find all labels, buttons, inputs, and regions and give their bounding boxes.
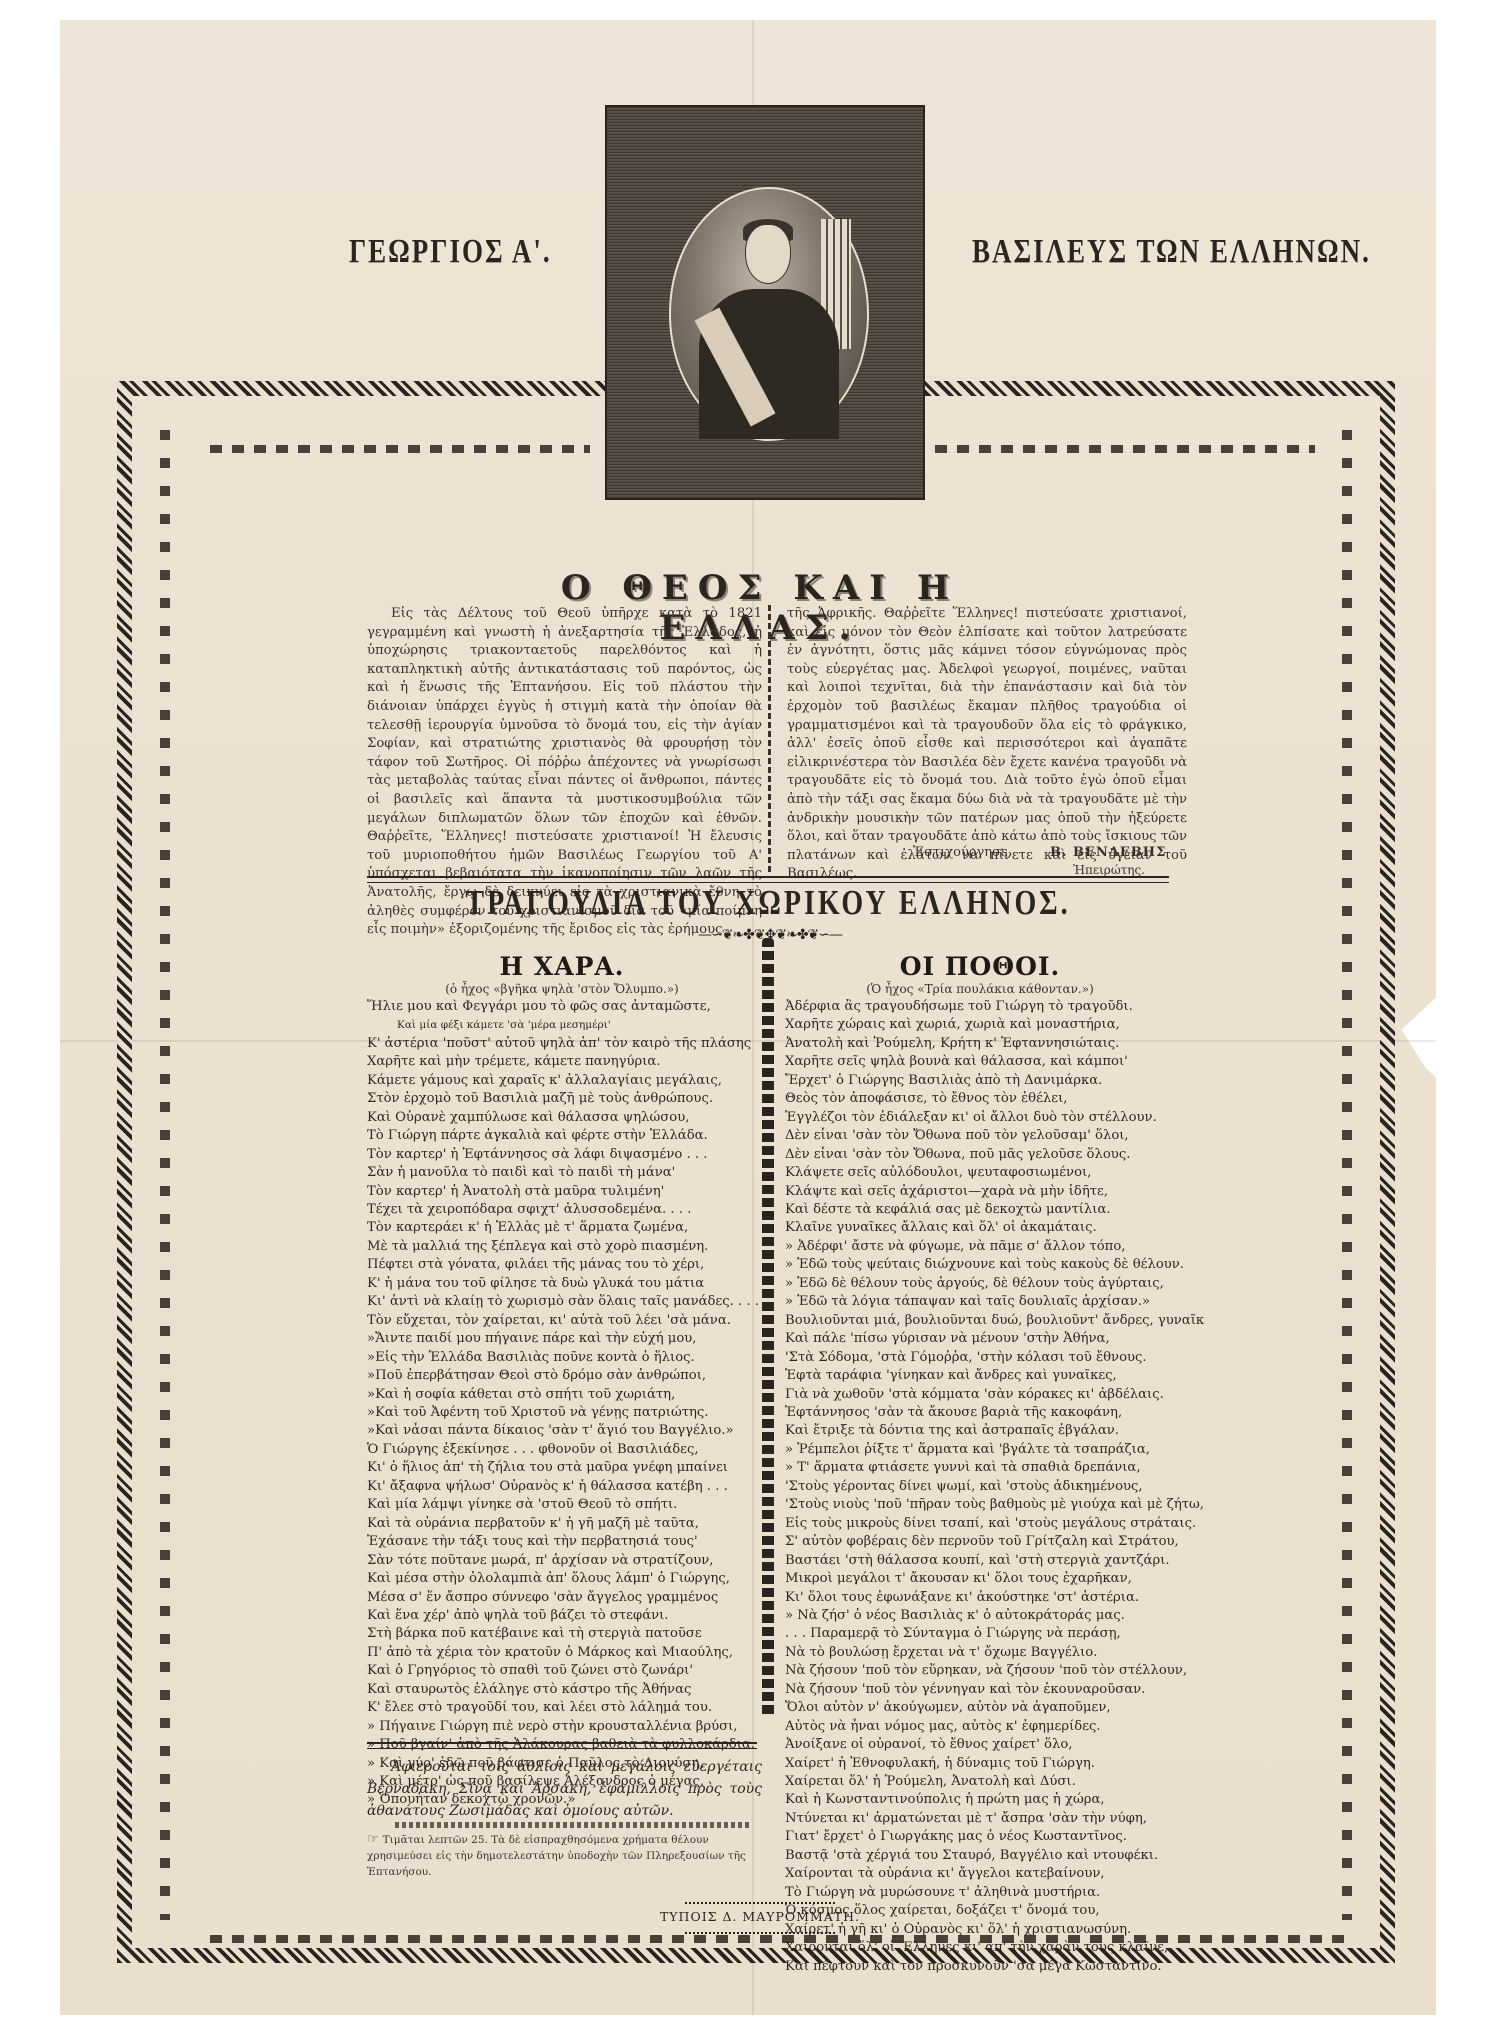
verse-line: Κλάψετε σεῖς αὐλόδουλοι, ψευταφοσιωμένοι… [785, 1164, 1205, 1182]
dedication-rule [367, 1742, 757, 1749]
verse-line: » Πήγαινε Γιώργη πιὲ νερὸ στὴν κρουσταλλ… [367, 1718, 762, 1736]
verse-line: Καὶ δέστε τὰ κεφάλιά σας μὲ δεκοχτὼ μαντ… [785, 1201, 1205, 1219]
verse-line: Σὰν τότε ποῦτανε μωρά, π' ἀρχίσαν νὰ στρ… [367, 1552, 762, 1570]
verse-line: Ντύνεται κι' ἁρματώνεται μὲ τ' ἄσπρα 'σὰ… [785, 1810, 1205, 1828]
verse-line: Κι' ἀντὶ νὰ κλαίῃ τὸ χωρισμὸ σὰν ὅλαις τ… [367, 1293, 762, 1311]
song-left-tune: (ὁ ἦχος «βγῆκα ψηλὰ 'στὸν Ὄλυμπο.») [367, 982, 757, 996]
ornamental-border-inner-top-left [210, 445, 590, 453]
signature-origin: Ἠπειρώτης. [1073, 863, 1145, 877]
verse-line: Ἔρχετ' ὁ Γιώργης Βασιλιὰς ἀπὸ τὴ Δανιμάρ… [785, 1072, 1205, 1090]
pointing-hand-icon: ☞ [367, 1832, 379, 1847]
songs-title: ΤΡΑΓΟΥΔΙΑ ΤΟΥ ΧΩΡΙΚΟΥ ΕΛΛΗΝΟΣ. [367, 884, 1169, 924]
verse-line: Χαίρεται ὅλ' ἡ Ῥούμελη, Ἀνατολὴ καὶ Δύσι… [785, 1773, 1205, 1791]
verse-line: Ἐγγλέζοι τὸν ἐδιάλεξαν κι' οἱ ἄλλοι δυὸ … [785, 1109, 1205, 1127]
verse-line: Καὶ μία λάμψι γίνηκε σὰ 'στοῦ Θεοῦ τὸ σπ… [367, 1496, 762, 1514]
verse-line: »Ἄιντε παιδί μου πήγαινε πάρε καὶ τὴν εὐ… [367, 1330, 762, 1348]
verse-line: Νὰ ζήσουν 'ποῦ τὸν εὕρηκαν, νὰ ζήσουν 'π… [785, 1662, 1205, 1680]
verse-line: Εἰς τοὺς μικροὺς δίνει τσαπί, καὶ 'στοὺς… [785, 1515, 1205, 1533]
song-right-verses: Ἀδέρφια ἂς τραγουδήσωμε τοῦ Γιώργη τὸ τρ… [785, 998, 1205, 1976]
verse-line: Βαστᾷ 'στὰ χέργιά του Σταυρό, Βαγγέλιο κ… [785, 1847, 1205, 1865]
ornamental-border-inner-right [1342, 430, 1352, 1920]
verse-line: Χαίρετ' ἡ Ἐθνοφυλακή, ἡ δύναμις τοῦ Γιώρ… [785, 1755, 1205, 1773]
verse-line: Καὶ πέφτουν καὶ τὸν προσκυνοῦν 'σὰ μέγα … [785, 1958, 1205, 1976]
verse-line: Τὸ Γιώργη πάρτε ἀγκαλιὰ καὶ φέρτε στὴν Ἑ… [367, 1127, 762, 1145]
verse-line: Κι' ὅλοι τους ἐφωνάξανε κι' ἀκούστηκε 'σ… [785, 1589, 1205, 1607]
printer-imprint: ΤΥΠΟΙΣ Δ. ΜΑΥΡΟΜΜΑΤΗ. [655, 1894, 865, 1944]
verse-line: Τὸν καρτερ' ἡ Ἀνατολὴ στὰ μαῦρα τυλιμένη… [367, 1183, 762, 1201]
verse-line: Τὸν καρτεράει κ' ἡ Ἑλλὰς μὲ τ' ἅρματα ζω… [367, 1219, 762, 1237]
verse-line: Χαίρονται τὰ οὐράνια κι' ἄγγελοι κατεβαί… [785, 1865, 1205, 1883]
verse-line: Κ' ἀστέρια 'ποῦστ' αὐτοῦ ψηλὰ ἀπ' τὸν κα… [367, 1035, 762, 1053]
verse-line: Γιατ' ἔρχετ' ὁ Γιωργάκης μας ὁ νέος Κωστ… [785, 1828, 1205, 1846]
signature-author: Β. ΒΕΝΔΕΒΗΣ [1050, 845, 1166, 860]
verse-line: Θεὸς τὸν ἀποφάσισε, τὸ ἔθνος τὸν ἐθέλει, [785, 1090, 1205, 1108]
verse-line: . . . Παραμερᾷ τὸ Σύνταγμα ὁ Γιώργης νὰ … [785, 1625, 1205, 1643]
verse-line: Δὲν εἶναι 'σὰν τὸν Ὄθωνα ποῦ τὸν γελοῦσα… [785, 1127, 1205, 1145]
verse-line: Πέφτει στὰ γόνατα, φιλάει τῆς μάνας του … [367, 1256, 762, 1274]
intro-paragraph-right: τῆς Ἀφρικῆς. Θαῤῥεῖτε Ἕλληνες! πιστεύσατ… [787, 605, 1187, 884]
verse-line: Ἀνοίξανε οἱ οὐρανοί, τὸ ἔθνος χαίρετ' ὅλ… [785, 1736, 1205, 1754]
verse-line: Νὰ ζήσουν 'ποῦ τὸν γέννηγαν καὶ τὸν ἐκου… [785, 1681, 1205, 1699]
verse-line: Π' ἀπὸ τὰ χέρια τὸν κρατοῦν ὁ Μάρκος καὶ… [367, 1644, 762, 1662]
verse-line: Καὶ ἔτριξε τὰ δόντια της καὶ ἀστραπαῖς ἐ… [785, 1422, 1205, 1440]
verse-line: Καὶ σταυρωτὸς ἐλάληγε στὸ κάστρο τῆς Ἀθή… [367, 1681, 762, 1699]
verse-line: Καὶ τὰ οὐράνια περβατοῦν κ' ἡ γῆ μαζῆ μὲ… [367, 1515, 762, 1533]
verse-line: » Ἀδέρφι' ἄστε νὰ φύγωμε, νὰ πᾶμε σ' ἄλλ… [785, 1238, 1205, 1256]
verse-line: » Ῥέμπελοι ῥίξτε τ' ἅρματα καὶ 'βγάλτε τ… [785, 1441, 1205, 1459]
verse-line: Μὲ τὰ μαλλιά της ξέπλεγα καὶ στὸ χορὸ πι… [367, 1238, 762, 1256]
songs-column-divider [762, 938, 774, 1718]
verse-line: » Ἐδῶ τὰ λόγια τάπαψαν καὶ ταῖς δουλιαῖς… [785, 1293, 1205, 1311]
header-king-name: ΓΕΩΡΓΙΟΣ Α'. [349, 232, 552, 271]
verse-line: Μέσα σ' ἕν ἄσπρο σύννεφο 'σὰν ἄγγελος γρ… [367, 1589, 762, 1607]
wavy-rule [395, 1822, 750, 1828]
verse-line: Κλαῖνε γυναῖκες ἄλλαις καὶ ὅλ' οἱ ἀκαμάτ… [785, 1219, 1205, 1237]
verse-line: Ὅλοι αὐτὸν ν' ἀκούγωμεν, αὐτὸν νὰ ἀγαποῦ… [785, 1699, 1205, 1717]
verse-line: Κ' ἡ μάνα του τοῦ φίλησε τὰ δυὼ γλυκά το… [367, 1275, 762, 1293]
verse-line: »Καὶ τοῦ Ἀφέντη τοῦ Χριστοῦ νὰ γένῃς πατ… [367, 1404, 762, 1422]
ornamental-border-inner-left [160, 430, 170, 1920]
verse-line: Καὶ ὁ Γρηγόριος τὸ σπαθὶ τοῦ ζώνει στὸ ζ… [367, 1662, 762, 1680]
verse-line: Καὶ μέσα στὴν ὁλολαμπιὰ ἀπ' ὅλους λάμπ' … [367, 1570, 762, 1588]
verse-line: Ἀνατολὴ καὶ Ῥούμελη, Κρήτη κ' Ἑφταννησιώ… [785, 1035, 1205, 1053]
verse-line: Ἥλιε μου καὶ Φεγγάρι μου τὸ φῶς σας ἀντα… [367, 998, 762, 1016]
verse-line: Κάμετε γάμους καὶ χαραῖς κ' ἀλλαλαγίαις … [367, 1072, 762, 1090]
verse-line: 'Στὰ Σόδομα, 'στὰ Γόμοῤῥα, 'στὴν κόλασι … [785, 1349, 1205, 1367]
intro-column-divider [768, 605, 771, 873]
verse-line: 'Στοὺς νιοὺς 'ποῦ 'πῆραν τοὺς βαθμοὺς μὲ… [785, 1496, 1205, 1514]
verse-line: Νὰ τὸ βουλώσῃ ἔρχεται νὰ τ' ὄχωμε Βαγγέλ… [785, 1644, 1205, 1662]
verse-line: Ἐχάσανε τὴν τάξι τους καὶ τὴν περβατησιά… [367, 1533, 762, 1551]
verse-line: Βουλιοῦνται μιά, βουλιοῦνται δυώ, βουλιο… [785, 1312, 1205, 1330]
song-left-title: Η ΧΑΡΑ. [367, 952, 757, 981]
verse-line: » Ἐδῶ δὲ θέλουν τοὺς ἀργούς, δὲ θέλουν τ… [785, 1275, 1205, 1293]
portrait-face [745, 224, 791, 284]
verse-line: Βαστάει 'στὴ θάλασσα κουπί, καὶ 'στὴ στε… [785, 1552, 1205, 1570]
verse-line: Καὶ μία φέξι κάμετε 'σὰ 'μέρα μεσημέρι' [367, 1016, 762, 1034]
verse-line: Σ' αὐτὸν φοβέραις δὲν περνοῦν τοῦ Γρίτζα… [785, 1533, 1205, 1551]
header-king-title: ΒΑΣΙΛΕΥΣ ΤΩΝ ΕΛΛΗΝΩΝ. [972, 232, 1371, 271]
imprint-dotted-rule-bottom [685, 1932, 835, 1934]
intro-text-right: τῆς Ἀφρικῆς. Θαῤῥεῖτε Ἕλληνες! πιστεύσατ… [787, 605, 1187, 884]
verse-line: Ἑφτάννησος 'σὰν τὰ ἄκουσε βαριὰ τῆς κακο… [785, 1404, 1205, 1422]
price-note-text: Τιμᾶται λεπτῶν 25. Τὰ δὲ εἰσπραχθησόμενα… [367, 1834, 746, 1878]
song-right-tune: (Ὁ ἦχος «Τρία πουλάκια κάθονταν.») [780, 982, 1180, 996]
verse-line: Τὸν εὔχεται, τὸν χαίρεται, κι' αὐτὰ τοῦ … [367, 1312, 762, 1330]
verse-line: Ὁ Γιώργης ἐξεκίνησε . . . φθονοῦν οἱ Βασ… [367, 1441, 762, 1459]
verse-line: » Νὰ ζήσ' ὁ νέος Βασιλιὰς κ' ὁ αὐτοκράτο… [785, 1607, 1205, 1625]
ornamental-border-inner-top-right [935, 445, 1315, 453]
verse-line: Ἀδέρφια ἂς τραγουδήσωμε τοῦ Γιώργη τὸ τρ… [785, 998, 1205, 1016]
signature-verb: Ἐστιχούργησε [913, 845, 1008, 860]
verse-line: Τέχει τὰ χειροπόδαρα σφιχτ' ἀλυσσοδεμένα… [367, 1201, 762, 1219]
verse-line: Χαρῆτε χώραις καὶ χωριά, χωριὰ καὶ μονασ… [785, 1016, 1205, 1034]
verse-line: Καὶ Οὐρανὲ χαμπύλωσε καὶ θάλασσα ψηλώσου… [367, 1109, 762, 1127]
verse-line: Καὶ ἕνα χέρ' ἀπὸ ψηλὰ τοῦ βάζει τὸ στεφά… [367, 1607, 762, 1625]
verse-line: »Ποῦ ἐπερβάτησαν Θεοὶ στὸ δρόμο σὰν ἀνθρ… [367, 1367, 762, 1385]
verse-line: Κι' ὁ ἥλιος ἀπ' τὴ ζήλια του στὰ μαῦρα γ… [367, 1459, 762, 1477]
verse-line: Τὸν καρτερ' ἡ Ἑφτάννησος σὰ λάφι διψασμέ… [367, 1146, 762, 1164]
section-rule [367, 876, 1169, 883]
song-left-verses: Ἥλιε μου καὶ Φεγγάρι μου τὸ φῶς σας ἀντα… [367, 998, 762, 1810]
song-right-title: ΟΙ ΠΟΘΟΙ. [780, 952, 1180, 981]
price-note: ☞Τιμᾶται λεπτῶν 25. Τὰ δὲ εἰσπραχθησόμεν… [367, 1832, 767, 1880]
verse-line: Γιὰ νὰ χωθοῦν 'στὰ κόμματα 'σὰν κόρακες … [785, 1386, 1205, 1404]
verse-line: Καὶ πάλε 'πίσω γύρισαν νὰ μένουν 'στὴν Ἀ… [785, 1330, 1205, 1348]
verse-line: Σὰν ἡ μανοῦλα τὸ παιδὶ καὶ τὸ παιδὶ τὴ μ… [367, 1164, 762, 1182]
verse-line: Κ' ἔλεε στὸ τραγοῦδί του, καὶ λέει στὸ λ… [367, 1699, 762, 1717]
verse-line: Κλάψτε καὶ σεῖς ἀχάριστοι—χαρὰ νὰ μὴν ἰδ… [785, 1183, 1205, 1201]
verse-line: Αὐτὸς νὰ ἦναι νόμος μας, αὐτὸς κ' ἐφημερ… [785, 1718, 1205, 1736]
dedication-text: Ἀφιεροῦται τοῖς ἀθλίοις καὶ μεγάλοις εὐε… [367, 1756, 762, 1822]
imprint-dotted-rule-top [685, 1902, 835, 1904]
portrait-oval [669, 187, 869, 441]
verse-line: Χαρῆτε καὶ μὴν τρέμετε, κάμετε πανηγύρια… [367, 1053, 762, 1071]
printer-name: ΤΥΠΟΙΣ Δ. ΜΑΥΡΟΜΜΑΤΗ. [655, 1909, 865, 1924]
verse-line: Καὶ ἡ Κωνσταντινούπολις ἡ πρώτη μας ἡ χώ… [785, 1791, 1205, 1809]
verse-line: »Εἰς τὴν Ἑλλάδα Βασιλιὰς ποῦνε κοντὰ ὁ ἥ… [367, 1349, 762, 1367]
verse-line: 'Στοὺς γέροντας δίνει ψωμί, καὶ 'στοὺς ἀ… [785, 1478, 1205, 1496]
verse-line: Κι' ἄξαφνα ψήλωσ' Οὐρανὸς κ' ἡ θάλασσα κ… [367, 1478, 762, 1496]
king-portrait-engraving [605, 105, 925, 500]
verse-line: Στὸν ἐρχομὸ τοῦ Βασιλιὰ μαζῆ μὲ τοὺς ἀνθ… [367, 1090, 762, 1108]
verse-line: Ἑφτὰ ταράφια 'γίνηκαν καὶ ἄνδρες καὶ γυν… [785, 1367, 1205, 1385]
verse-line: »Καὶ νἆσαι πάντα δίκαιος 'σὰν τ' ἅγιό το… [367, 1422, 762, 1440]
verse-line: Δὲν εἶναι 'σὰν τὸν Ὄθωνα, ποῦ μᾶς γελοῦσ… [785, 1146, 1205, 1164]
verse-line: »Καὶ ἡ σοφία κάθεται στὸ σπήτι τοῦ χωριά… [367, 1386, 762, 1404]
verse-line: Χαρῆτε σεῖς ψηλὰ βουνὰ καὶ θάλασσα, καὶ … [785, 1053, 1205, 1071]
verse-line: » Τ' ἅρματα φτιάσετε γυννὶ καὶ τὰ σπαθιὰ… [785, 1459, 1205, 1477]
verse-line: Στὴ βάρκα ποῦ κατέβαινε καὶ τὴ στεργιὰ π… [367, 1625, 762, 1643]
verse-line: Μικροὶ μεγάλοι τ' ἄκουσαν κι' ὅλοι τους … [785, 1570, 1205, 1588]
verse-line: » Ἐδῶ τοὺς ψεύταις διώχνουνε καὶ τοὺς κα… [785, 1256, 1205, 1274]
